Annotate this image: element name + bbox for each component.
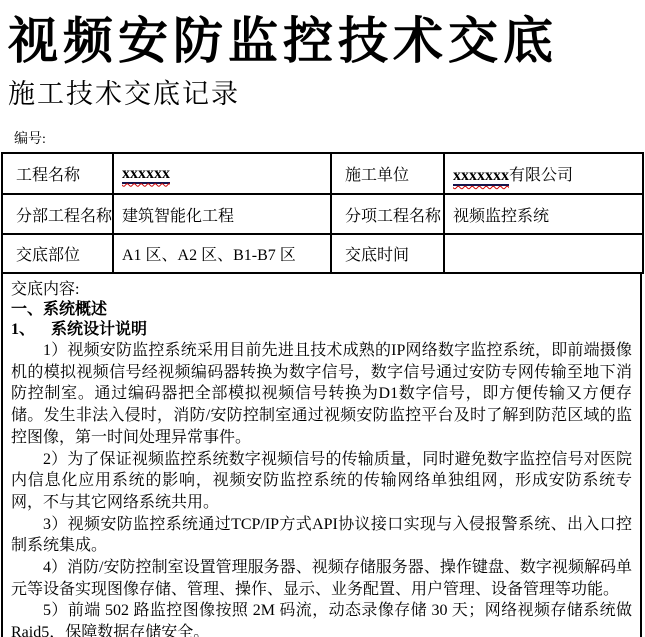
division-work-value: 建筑智能化工程 bbox=[113, 194, 331, 234]
division-work-label: 分部工程名称 bbox=[2, 194, 113, 234]
subsection-title-design: 1、系统设计说明 bbox=[11, 320, 632, 340]
paragraph-3: 3）视频安防监控系统通过TCP/IP方式API协议接口实现与入侵报警系统、出入口… bbox=[11, 514, 632, 557]
spellchecked-text: xxxxxxx bbox=[453, 167, 509, 186]
subdivision-work-label: 分项工程名称 bbox=[331, 194, 444, 234]
subsection-title-text: 系统设计说明 bbox=[51, 321, 147, 338]
paragraph-5: 5）前端 502 路监控图像按照 2M 码流，动态录像存储 30 天；网络视频存… bbox=[11, 600, 632, 637]
document-page: 视频安防监控技术交底 施工技术交底记录 编号: 工程名称 xxxxxx 施工单位… bbox=[0, 0, 645, 637]
disclosure-content-section: 交底内容: 一、系统概述 1、系统设计说明 1）视频安防监控系统采用目前先进且技… bbox=[1, 274, 642, 637]
subsection-number: 1、 bbox=[11, 321, 35, 338]
info-table: 工程名称 xxxxxx 施工单位 xxxxxxx有限公司 分部工程名称 建筑智能… bbox=[1, 152, 644, 274]
table-row-location: 交底部位 A1 区、A2 区、B1-B7 区 交底时间 bbox=[2, 234, 643, 273]
disclosure-time-label: 交底时间 bbox=[331, 234, 444, 273]
table-row-division: 分部工程名称 建筑智能化工程 分项工程名称 视频监控系统 bbox=[2, 194, 643, 234]
paragraph-4: 4）消防/安防控制室设置管理服务器、视频存储服务器、操作键盘、数字视频解码单元等… bbox=[11, 557, 632, 600]
disclosure-location-label: 交底部位 bbox=[2, 234, 113, 273]
construction-unit-label: 施工单位 bbox=[331, 153, 444, 194]
project-name-label: 工程名称 bbox=[2, 153, 113, 194]
subdivision-work-value: 视频监控系统 bbox=[444, 194, 643, 234]
disclosure-time-value bbox=[444, 234, 643, 273]
construction-unit-value: xxxxxxx有限公司 bbox=[444, 153, 643, 194]
paragraph-2: 2）为了保证视频监控系统数字视频信号的传输质量，同时避免数字监控信号对医院内信息… bbox=[11, 449, 632, 514]
table-row-project: 工程名称 xxxxxx 施工单位 xxxxxxx有限公司 bbox=[2, 153, 643, 194]
disclosure-location-value: A1 区、A2 区、B1-B7 区 bbox=[113, 234, 331, 273]
project-name-value: xxxxxx bbox=[113, 153, 331, 194]
section-title-overview: 一、系统概述 bbox=[11, 300, 632, 320]
spellchecked-text: xxxxxx bbox=[122, 165, 170, 184]
page-subtitle: 施工技术交底记录 bbox=[8, 78, 645, 111]
company-suffix-text: 有限公司 bbox=[509, 167, 573, 184]
document-number-label: 编号: bbox=[14, 132, 645, 148]
paragraph-1: 1）视频安防监控系统采用目前先进且技术成熟的IP网络数字监控系统，即前端摄像机的… bbox=[11, 340, 632, 449]
page-title: 视频安防监控技术交底 bbox=[8, 10, 645, 72]
content-heading: 交底内容: bbox=[11, 280, 632, 300]
